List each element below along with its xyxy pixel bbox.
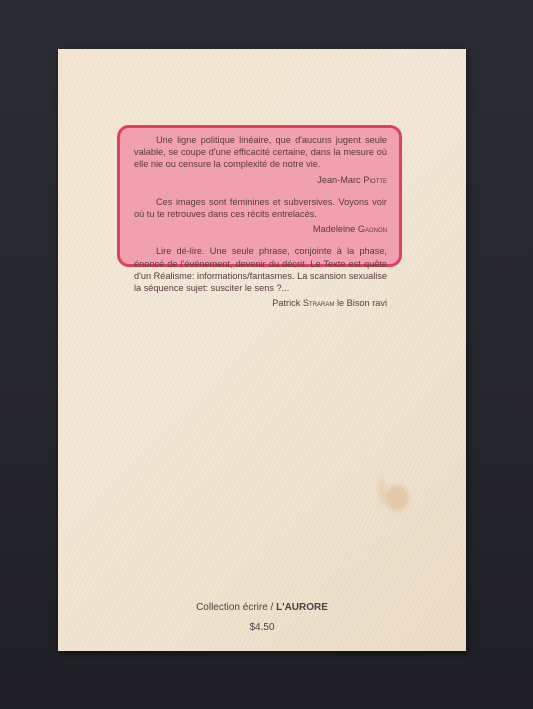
stain bbox=[385, 485, 409, 511]
collection-line: Collection écrire / L'AURORE bbox=[58, 600, 466, 616]
quote-text: Ces images sont féminines et subversives… bbox=[134, 196, 387, 220]
stain bbox=[378, 477, 386, 505]
publisher-name: L'AURORE bbox=[276, 602, 328, 613]
quote-text: Une ligne politique linéaire, que d'aucu… bbox=[134, 134, 387, 171]
quote-author: Jean-Marc Piotte bbox=[134, 174, 387, 186]
price: $4.50 bbox=[58, 620, 466, 636]
quote-author: Patrick Straram le Bison ravi bbox=[134, 297, 387, 309]
quote-text: Lire dé-lire. Une seule phrase, conjoint… bbox=[134, 245, 387, 294]
quotes-box: Une ligne politique linéaire, que d'aucu… bbox=[117, 125, 402, 267]
cover-footer: Collection écrire / L'AURORE $4.50 bbox=[58, 600, 466, 636]
quote-author: Madeleine Gagnon bbox=[134, 223, 387, 235]
book-back-cover: Une ligne politique linéaire, que d'aucu… bbox=[58, 49, 466, 651]
